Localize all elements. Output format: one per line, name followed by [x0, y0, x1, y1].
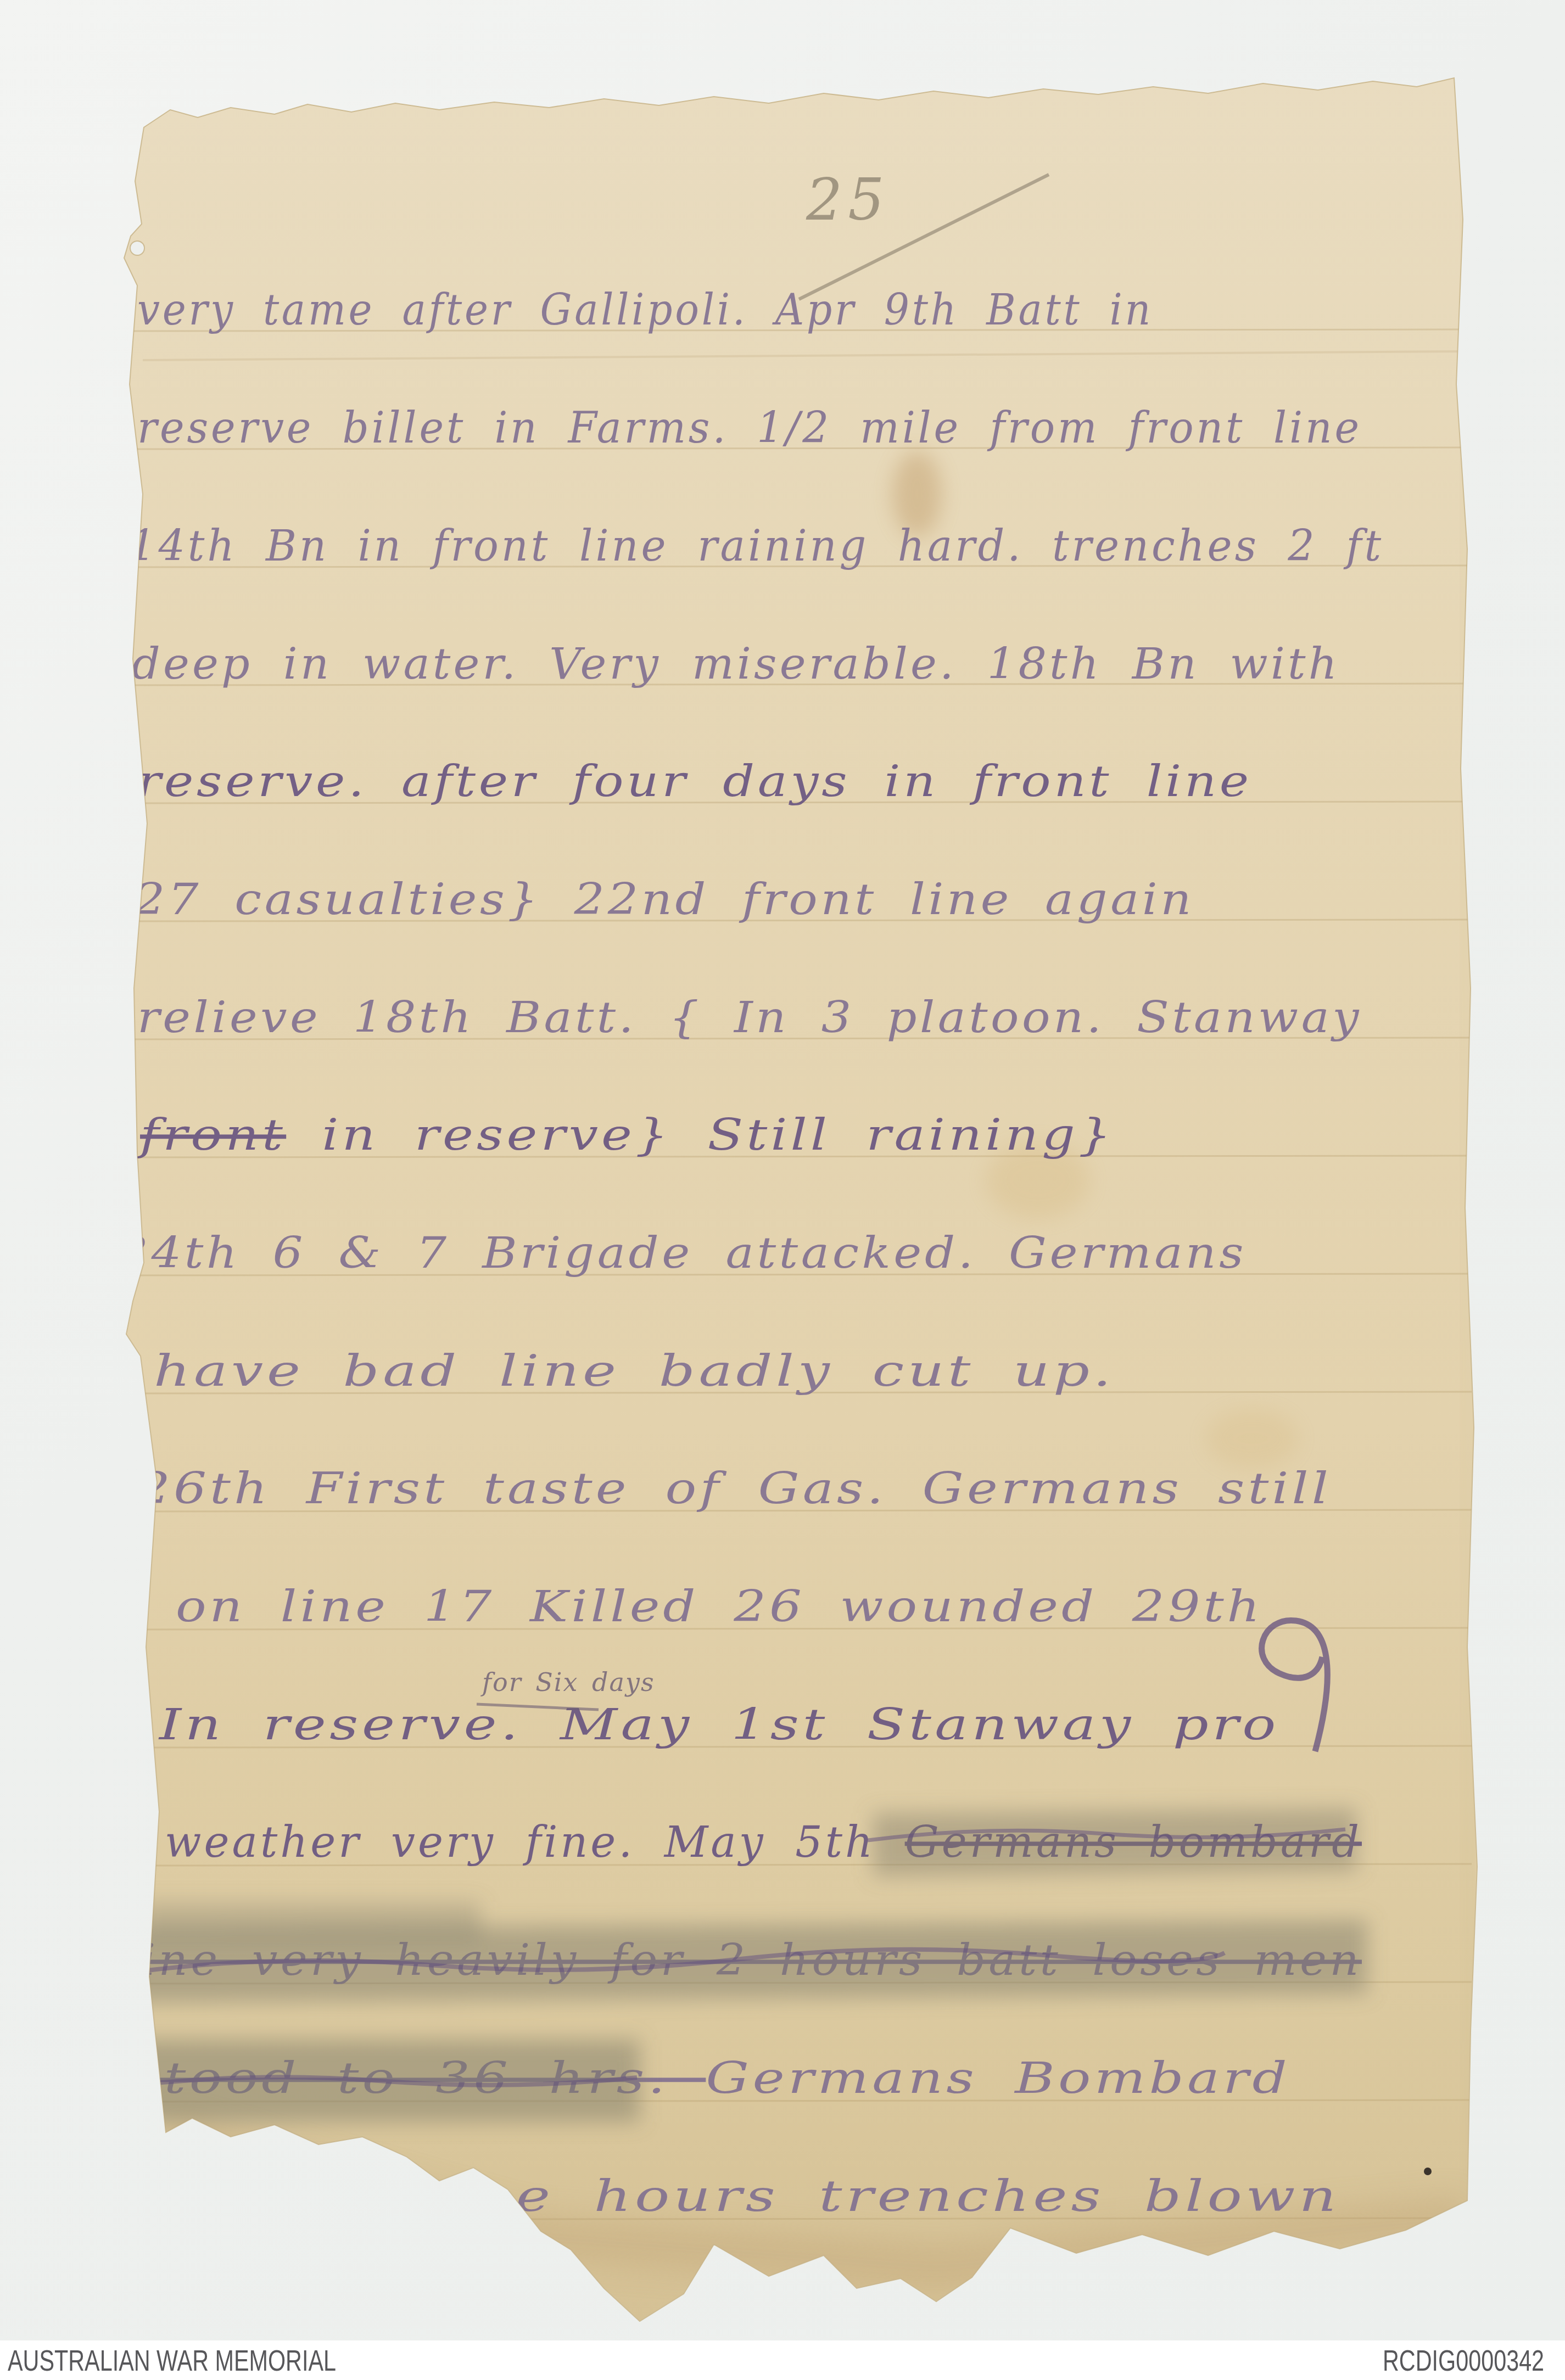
ink-dot: [1424, 2168, 1432, 2175]
handwritten-line: 26th First taste of Gas. Germans still: [137, 1464, 1332, 1514]
handwritten-line: reserve. after four days in front line: [137, 757, 1252, 807]
record-id-label: RCDIG0000342: [1383, 2340, 1544, 2380]
punch-hole: [130, 241, 144, 255]
handwritten-line: very tame after Gallipoli. Apr 9th Batt …: [137, 285, 1153, 335]
archive-name-label: AUSTRALIAN WAR MEMORIAL: [8, 2340, 336, 2380]
handwritten-line: 27 casualties} 22nd front line again: [134, 875, 1194, 925]
handwritten-line: reserve billet in Farms. 1/2 mile from f…: [137, 404, 1362, 453]
handwritten-line: have bad line badly cut up.: [154, 1347, 1115, 1396]
handwritten-line: deep in water. Very miserable. 18th Bn w…: [132, 640, 1340, 689]
scan-background: 25 very tame after Gallipoli. Apr 9th Ba…: [0, 0, 1565, 2380]
handwritten-line: front in reserve} Still raining}: [137, 1111, 1115, 1160]
handwritten-line: In reserve. May 1st Stanway pro: [158, 1700, 1279, 1750]
page-number: 25: [806, 166, 890, 233]
footer-bar: AUSTRALIAN WAR MEMORIAL RCDIG0000342: [0, 2340, 1565, 2380]
interlinear-note: for Six days: [480, 1667, 655, 1697]
handwritten-line: 24th 6 & 7 Brigade attacked. Germans: [118, 1229, 1247, 1278]
handwritten-line: on line 17 Killed 26 wounded 29th: [176, 1582, 1263, 1632]
handwritten-line: 14th Bn in front line raining hard. tren…: [129, 522, 1384, 571]
handwritten-line: three hours trenches blown: [379, 2172, 1340, 2221]
document-page: 25 very tame after Gallipoli. Apr 9th Ba…: [0, 0, 1565, 2380]
handwritten-line: relieve 18th Batt. { In 3 platoon. Stanw…: [137, 993, 1362, 1043]
